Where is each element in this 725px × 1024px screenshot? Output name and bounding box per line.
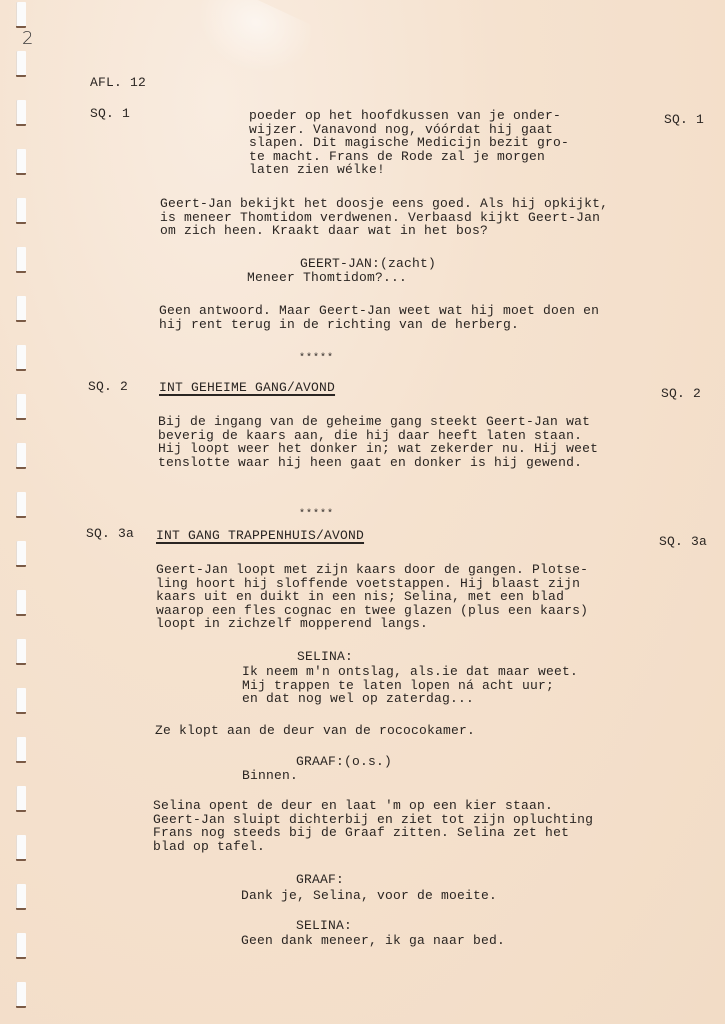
scene-separator: ***** [299,508,334,522]
scene-label-left-1: SQ. 1 [90,107,130,121]
character-cue: GRAAF: [296,873,344,887]
binder-hole [16,786,26,812]
binder-holes [16,0,28,1024]
action-block: Geert-Jan bekijkt het doosje eens goed. … [160,197,608,238]
binder-hole [16,884,26,910]
binder-hole [16,247,26,273]
character-cue: GEERT-JAN:(zacht) [300,257,436,271]
binder-hole [16,2,26,28]
dialogue-line: Binnen. [242,769,298,783]
scene-label-left-2: SQ. 2 [88,380,128,394]
binder-hole [16,639,26,665]
binder-hole [16,100,26,126]
character-cue: GRAAF:(o.s.) [296,755,392,769]
binder-hole [16,492,26,518]
action-block: Geen antwoord. Maar Geert-Jan weet wat h… [159,304,599,331]
binder-hole [16,394,26,420]
binder-hole [16,51,26,77]
binder-hole [16,933,26,959]
dialogue-block: Ik neem m'n ontslag, als.ie dat maar wee… [242,665,578,706]
character-cue: SELINA: [296,919,352,933]
handwritten-page-number: 2 [22,28,33,49]
binder-hole [16,737,26,763]
action-block: Bij de ingang van de geheime gang steekt… [158,415,598,469]
action-block: Geert-Jan loopt met zijn kaars door de g… [156,563,588,631]
scene-label-right-1: SQ. 1 [664,113,704,127]
binder-hole [16,443,26,469]
binder-hole [16,835,26,861]
binder-hole [16,345,26,371]
binder-hole [16,982,26,1008]
binder-hole [16,688,26,714]
episode-label: AFL. 12 [90,76,146,90]
scene-heading: INT GEHEIME GANG/AVOND [159,381,335,395]
action-block: Selina opent de deur en laat 'm op een k… [153,799,593,853]
scene-heading: INT GANG TRAPPENHUIS/AVOND [156,529,364,543]
binder-hole [16,590,26,616]
scene-separator: ***** [299,352,334,366]
action-block: Ze klopt aan de deur van de rococokamer. [155,724,475,738]
binder-hole [16,541,26,567]
binder-hole [16,198,26,224]
scene-label-right-2: SQ. 2 [661,387,701,401]
scene-label-right-3a: SQ. 3a [659,535,707,549]
dialogue-line: Geen dank meneer, ik ga naar bed. [241,934,505,948]
dialogue-line: Meneer Thomtidom?... [247,271,407,285]
character-cue: SELINA: [297,650,353,664]
scene-label-left-3a: SQ. 3a [86,527,134,541]
binder-hole [16,296,26,322]
paper-crease [181,0,319,92]
binder-hole [16,149,26,175]
action-block: poeder op het hoofdkussen van je onder- … [249,109,569,177]
dialogue-line: Dank je, Selina, voor de moeite. [241,889,497,903]
